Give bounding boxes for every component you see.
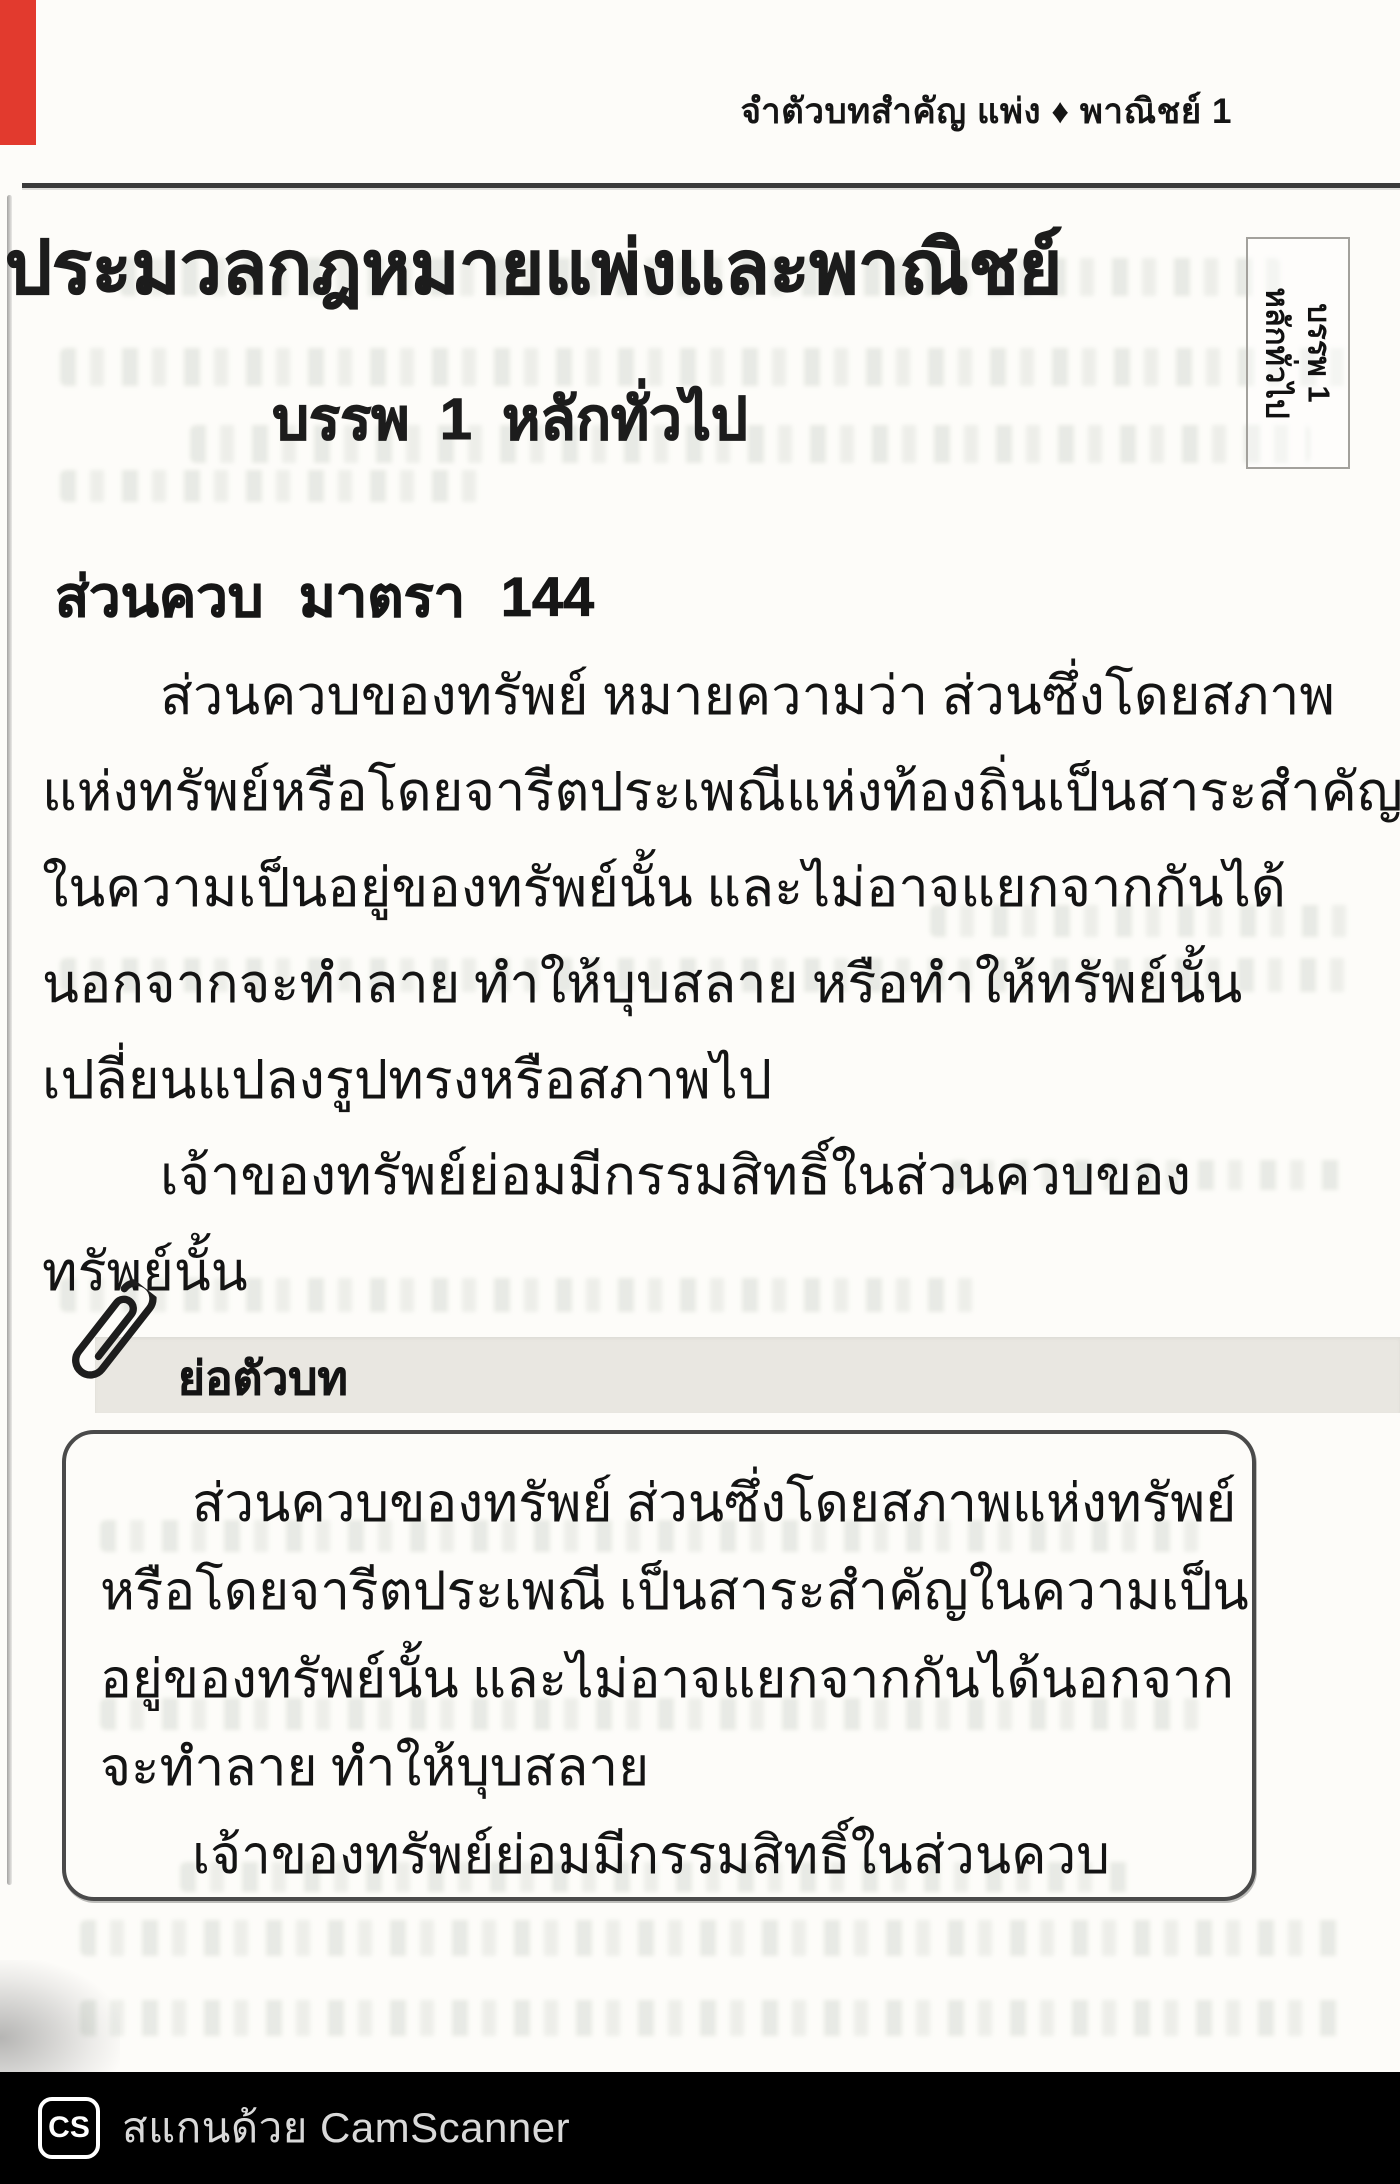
page-title: ประมวลกฎหมายแพ่งและพาณิชย์ — [5, 208, 1015, 326]
camscanner-bar: CS สแกนด้วย CamScanner — [0, 2072, 1400, 2184]
summary-line: เจ้าของทรัพย์ย่อมมีกรรมสิทธิ์ในส่วนควบ — [100, 1812, 1210, 1900]
summary-line: อยู่ของทรัพย์นั้น และไม่อาจแยกจากกันได้น… — [100, 1636, 1210, 1724]
header-rule — [22, 183, 1400, 188]
camscanner-text: สแกนด้วย CamScanner — [122, 2095, 570, 2161]
red-cover-strip — [0, 0, 36, 145]
article-body: ส่วนควบของทรัพย์ หมายความว่า ส่วนซึ่งโดย… — [42, 648, 1257, 1320]
article-line: แห่งทรัพย์หรือโดยจารีตประเพณีแห่งท้องถิ่… — [42, 744, 1257, 840]
article-line: นอกจากจะทำลาย ทำให้บุบสลาย หรือทำให้ทรัพ… — [42, 936, 1257, 1032]
summary-line: จะทำลาย ทำให้บุบสลาย — [100, 1724, 1210, 1812]
scanned-book-page: จำตัวบทสำคัญ แพ่ง ♦ พาณิชย์ 1 ประมวลกฎหม… — [0, 0, 1400, 2184]
article-line: ในความเป็นอยู่ของทรัพย์นั้น และไม่อาจแยก… — [42, 840, 1257, 936]
summary-line: หรือโดยจารีตประเพณี เป็นสาระสำคัญในความเ… — [100, 1548, 1210, 1636]
summary-text: ส่วนควบของทรัพย์ ส่วนซึ่งโดยสภาพแห่งทรัพ… — [100, 1460, 1210, 1900]
summary-box: ส่วนควบของทรัพย์ ส่วนซึ่งโดยสภาพแห่งทรัพ… — [62, 1430, 1256, 1901]
section-heading: ส่วนควบ มาตรา 144 — [55, 552, 594, 641]
article-line: เจ้าของทรัพย์ย่อมมีกรรมสิทธิ์ในส่วนควบขอ… — [42, 1128, 1257, 1224]
summary-label: ย่อตัวบท — [178, 1342, 348, 1415]
article-line: ทรัพย์นั้น — [42, 1224, 1257, 1320]
article-line: เปลี่ยนแปลงรูปทรงหรือสภาพไป — [42, 1032, 1257, 1128]
running-header: จำตัวบทสำคัญ แพ่ง ♦ พาณิชย์ 1 — [741, 84, 1232, 139]
article-line: ส่วนควบของทรัพย์ หมายความว่า ส่วนซึ่งโดย… — [42, 648, 1257, 744]
side-tab-line1: บรรพ 1 — [1298, 287, 1340, 418]
summary-line: ส่วนควบของทรัพย์ ส่วนซึ่งโดยสภาพแห่งทรัพ… — [100, 1460, 1210, 1548]
chapter-side-tab: บรรพ 1 หลักทั่วไป — [1246, 237, 1350, 469]
camscanner-logo: CS — [38, 2097, 100, 2159]
page-subtitle: บรรพ 1 หลักทั่วไป — [5, 372, 1015, 465]
side-tab-line2: หลักทั่วไป — [1256, 287, 1298, 418]
